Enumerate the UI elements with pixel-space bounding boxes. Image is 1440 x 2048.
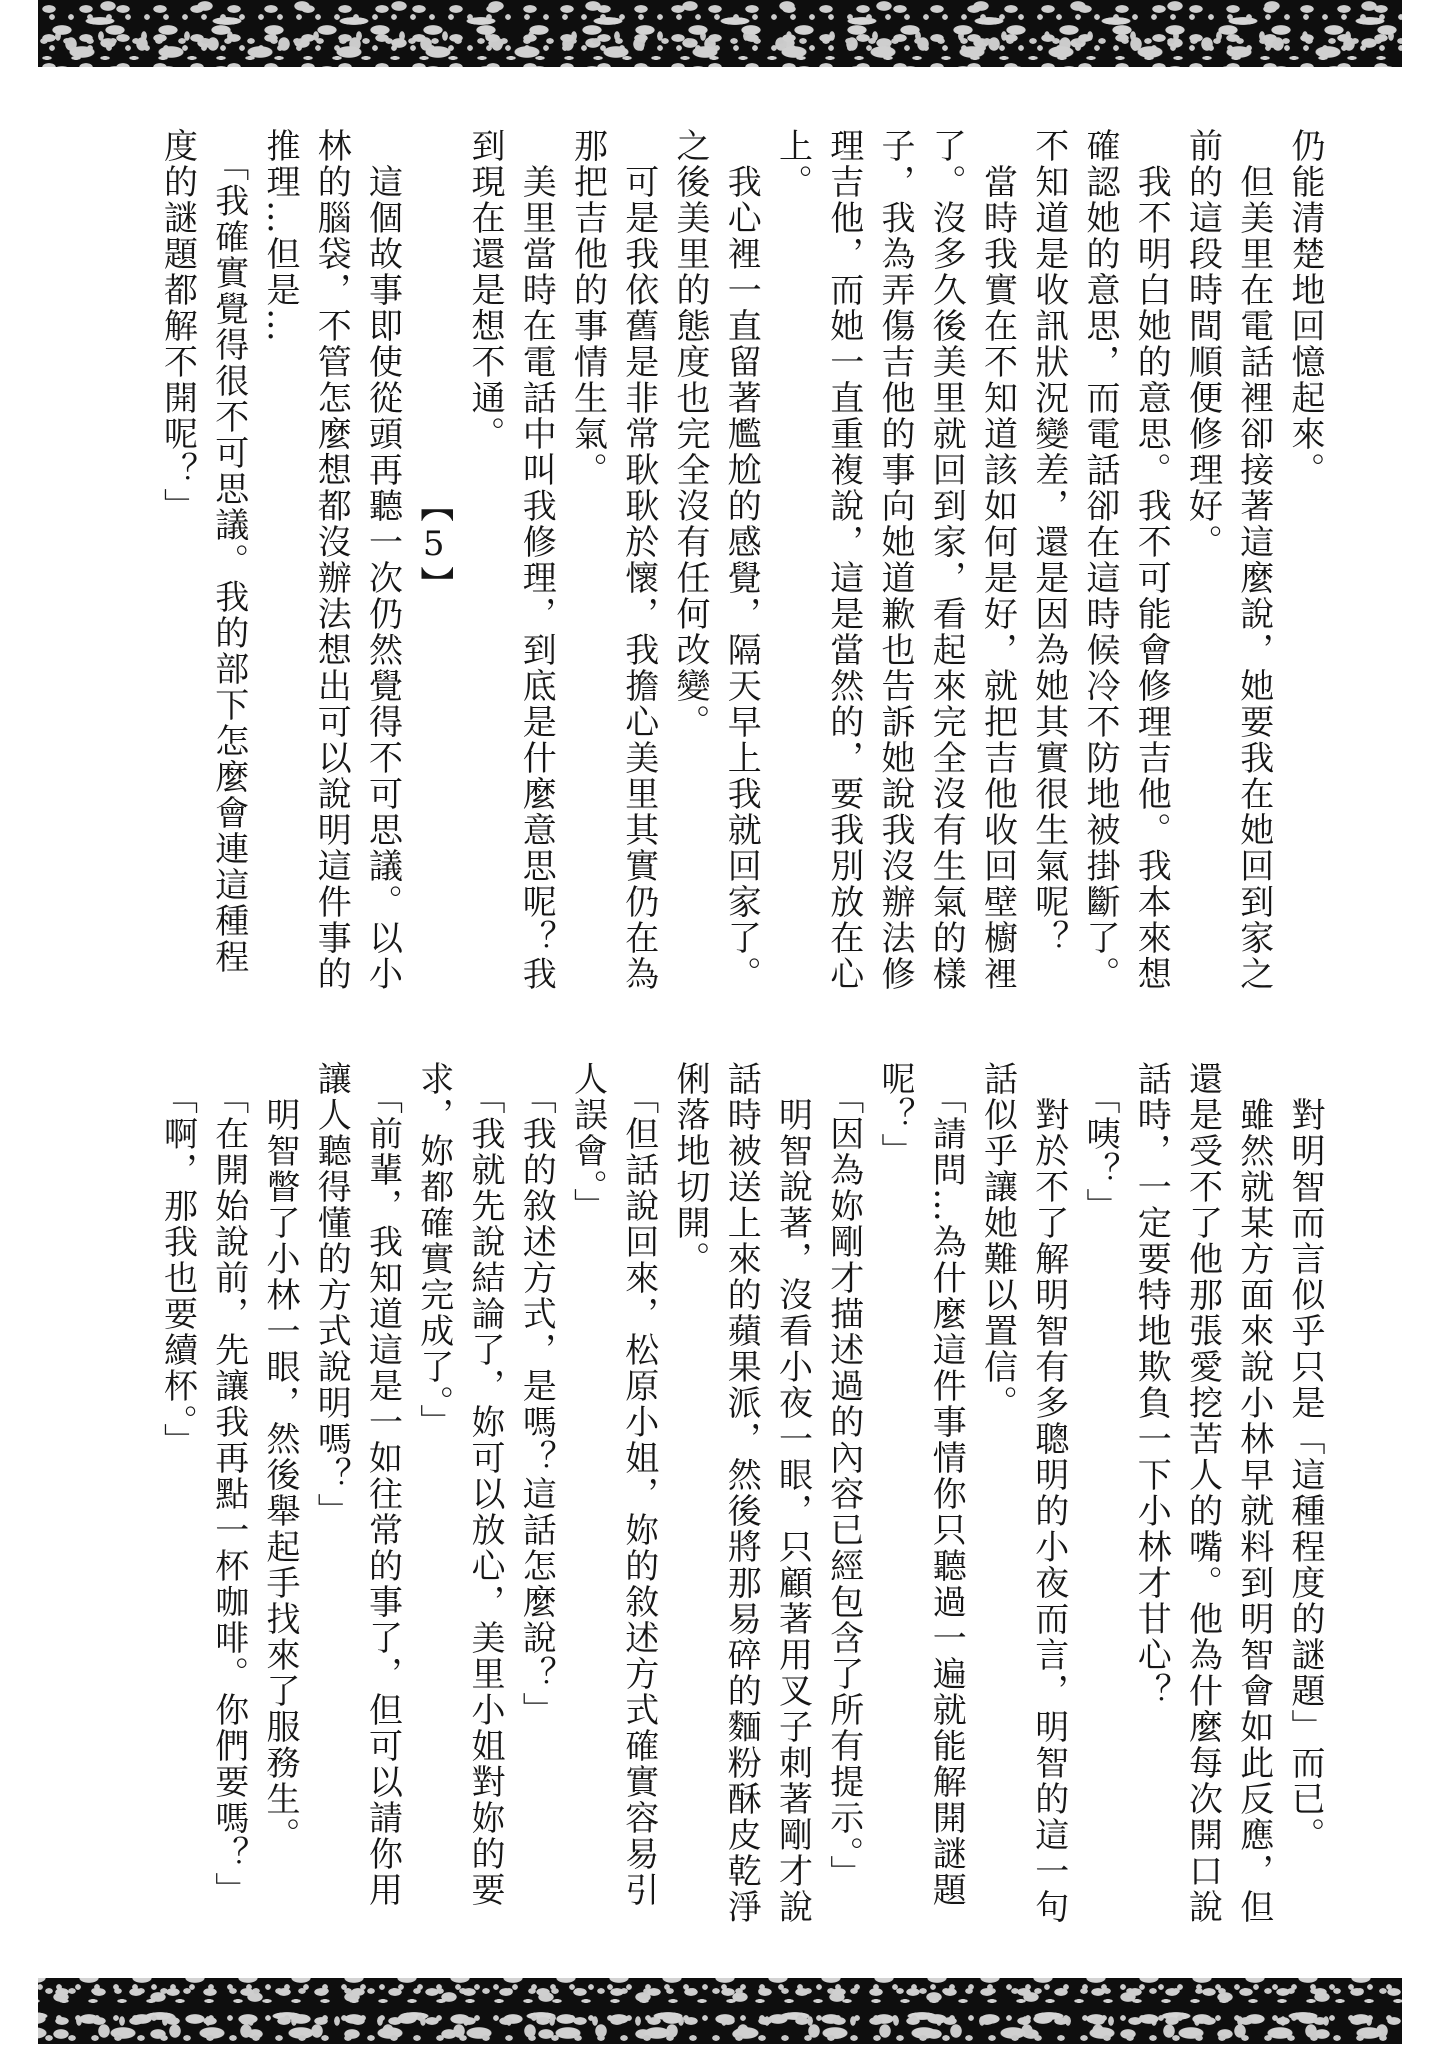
text-column: 求，妳都確實完成了。」 — [408, 1061, 459, 1941]
text-column: 話時被送上來的蘋果派，然後將那易碎的麵粉酥皮乾淨 — [715, 1061, 766, 1941]
text-column: 呢？」 — [869, 1061, 920, 1941]
text-column: 可是我依舊是非常耿耿於懷，我擔心美里其實仍在為 — [613, 128, 664, 1008]
text-column: 「我的敘述方式，是嗎？這話怎麼說？」 — [510, 1061, 561, 1941]
text-column: 「請問…為什麼這件事情你只聽過一遍就能解開謎題 — [920, 1061, 971, 1941]
text-column: 讓人聽得懂的方式說明嗎？」 — [305, 1061, 356, 1941]
top-text-block: 仍能清楚地回憶起來。 但美里在電話裡卻接著這麼說，她要我在她回到家之 前的這段時… — [151, 128, 1330, 1008]
text-column: 度的謎題都解不開呢？」 — [151, 128, 202, 1008]
text-column: 我不明白她的意思。我不可能會修理吉他。我本來想 — [1125, 128, 1176, 1008]
text-column: 「我確實覺得很不可思議。我的部下怎麼會連這種程 — [203, 128, 254, 1008]
text-column: 「啊，那我也要續杯。」 — [151, 1061, 202, 1941]
text-column: 「咦？」 — [1074, 1061, 1125, 1941]
text-column: 「在開始說前，先讓我再點一杯咖啡。你們要嗎？」 — [203, 1061, 254, 1941]
text-column: 確認她的意思，而電話卻在這時候冷不防地被掛斷了。 — [1074, 128, 1125, 1008]
text-column: 話時，一定要特地欺負一下小林才甘心？ — [1125, 1061, 1176, 1941]
text-column: 林的腦袋，不管怎麼想都沒辦法想出可以說明這件事的 — [305, 128, 356, 1008]
bottom-text-block: 對明智而言似乎只是「這種程度的謎題」而已。 雖然就某方面來說小林早就料到明智會如… — [151, 1061, 1330, 1941]
text-column: 雖然就某方面來說小林早就料到明智會如此反應，但 — [1228, 1061, 1279, 1941]
text-column: 人誤會。」 — [561, 1061, 612, 1941]
text-column: 不知道是收訊狀況變差，還是因為她其實很生氣呢？ — [1023, 128, 1074, 1008]
text-column: 「前輩，我知道這是一如往常的事了，但可以請你用 — [356, 1061, 407, 1941]
text-column: 了。沒多久後美里就回到家，看起來完全沒有生氣的樣 — [920, 128, 971, 1008]
text-column: 對明智而言似乎只是「這種程度的謎題」而已。 — [1279, 1061, 1330, 1941]
section-heading: 【5】 — [408, 128, 459, 1008]
text-column: 推理…但是… — [254, 128, 305, 1008]
text-column: 美里當時在電話中叫我修理，到底是什麼意思呢？我 — [510, 128, 561, 1008]
decorative-footer-band — [38, 1978, 1402, 2044]
text-column: 但美里在電話裡卻接著這麼說，她要我在她回到家之 — [1228, 128, 1279, 1008]
text-column: 對於不了解明智有多聰明的小夜而言，明智的這一句 — [1023, 1061, 1074, 1941]
text-column: 當時我實在不知道該如何是好，就把吉他收回壁櫥裡 — [971, 128, 1022, 1008]
text-column: 還是受不了他那張愛挖苦人的嘴。他為什麼每次開口說 — [1176, 1061, 1227, 1941]
decorative-header-band — [38, 0, 1402, 67]
text-column: 子，我為弄傷吉他的事向她道歉也告訴她說我沒辦法修 — [869, 128, 920, 1008]
text-column: 那把吉他的事情生氣。 — [561, 128, 612, 1008]
text-column: 明智說著，沒看小夜一眼，只顧著用叉子刺著剛才說 — [766, 1061, 817, 1941]
text-column: 俐落地切開。 — [664, 1061, 715, 1941]
text-column: 前的這段時間順便修理好。 — [1176, 128, 1227, 1008]
text-column: 上。 — [766, 128, 817, 1008]
text-column: 之後美里的態度也完全沒有任何改變。 — [664, 128, 715, 1008]
text-column: 「因為妳剛才描述過的內容已經包含了所有提示。」 — [818, 1061, 869, 1941]
text-column: 話似乎讓她難以置信。 — [971, 1061, 1022, 1941]
text-column: 這個故事即使從頭再聽一次仍然覺得不可思議。以小 — [356, 128, 407, 1008]
text-column: 「我就先說結論了，妳可以放心，美里小姐對妳的要 — [459, 1061, 510, 1941]
text-column: 我心裡一直留著尷尬的感覺，隔天早上我就回家了。 — [715, 128, 766, 1008]
text-column: 「但話說回來，松原小姐，妳的敘述方式確實容易引 — [613, 1061, 664, 1941]
text-column: 到現在還是想不通。 — [459, 128, 510, 1008]
text-column: 理吉他，而她一直重複說，這是當然的，要我別放在心 — [818, 128, 869, 1008]
text-column: 明智瞥了小林一眼，然後舉起手找來了服務生。 — [254, 1061, 305, 1941]
text-column: 仍能清楚地回憶起來。 — [1279, 128, 1330, 1008]
